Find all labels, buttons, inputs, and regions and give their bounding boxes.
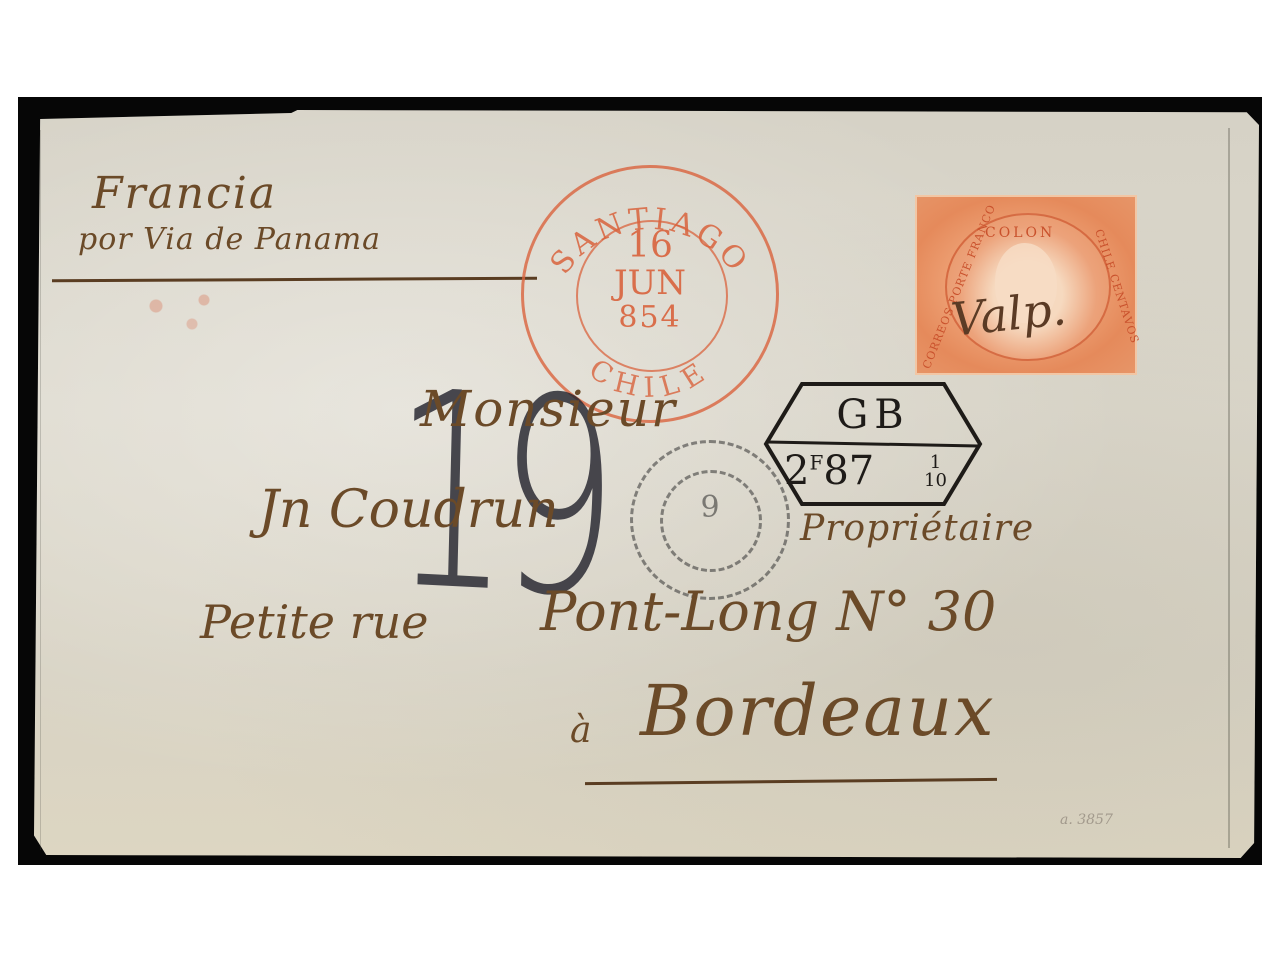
gb-text: GB xyxy=(762,392,984,438)
postmark-year: 854 xyxy=(521,300,779,335)
gb-fraction: 110 xyxy=(924,454,947,490)
address-street-prefix: Petite rue xyxy=(200,595,428,649)
address-salutation: Monsieur xyxy=(420,380,677,438)
postmark-month: JUN xyxy=(521,263,779,303)
gb-amount: 2F87 xyxy=(784,448,874,494)
gb-exchange-mark: GB 2F87 110 xyxy=(762,378,984,510)
pencil-note: a. 3857 xyxy=(1060,812,1113,828)
address-street: Pont-Long N° 30 xyxy=(540,580,996,643)
stamp-legend-top: COLON xyxy=(985,225,1055,241)
postage-stamp: COLON CORREOS PORTE FRANCO CHILE CENTAVO… xyxy=(915,195,1137,375)
routing-destination: Francia xyxy=(92,168,277,219)
address-name: Jn Coudrun xyxy=(258,480,559,540)
routing-via: por Via de Panama xyxy=(78,222,381,257)
address-title: Propriétaire xyxy=(800,508,1034,549)
fold-edge-right xyxy=(1228,128,1230,848)
address-city-prefix: à xyxy=(570,710,591,751)
red-ink-smudge xyxy=(120,282,240,342)
fold-edge-left xyxy=(40,130,41,850)
postmark-day: 16 xyxy=(521,225,779,266)
address-city: Bordeaux xyxy=(640,670,996,752)
